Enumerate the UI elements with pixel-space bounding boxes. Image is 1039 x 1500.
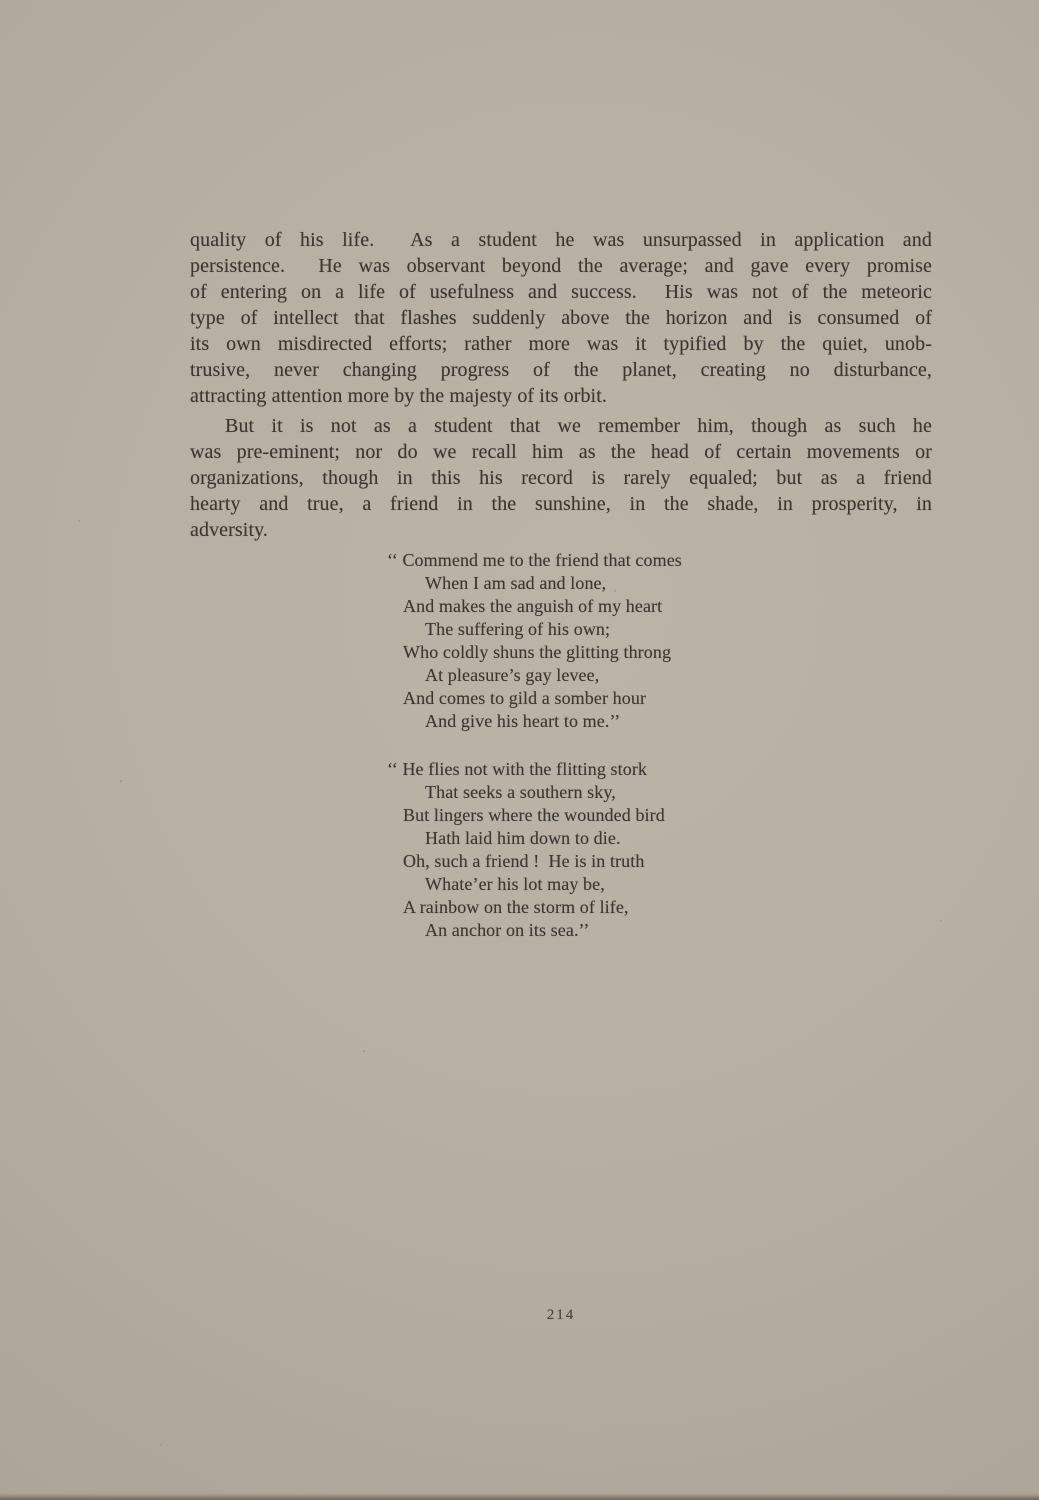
prose-line: quality of his life. As a student he was… — [190, 227, 932, 253]
prose-line: persistence. He was observant beyond the… — [190, 253, 932, 279]
prose-line: hearty and true, a friend in the sunshin… — [190, 491, 932, 517]
poem-verse-1: ‘‘ Commend me to the friend that comes W… — [403, 549, 932, 733]
poem-line: An anchor on its sea.’’ — [403, 919, 932, 942]
prose-line: type of intellect that flashes suddenly … — [190, 305, 932, 331]
poem-line: And makes the anguish of my heart — [403, 595, 932, 618]
poem-line: That seeks a southern sky, — [403, 781, 932, 804]
poem-line: And comes to gild a somber hour — [403, 687, 932, 710]
page-number: 214 — [190, 1306, 932, 1325]
scanned-book-page: quality of his life. As a student he was… — [0, 0, 1039, 1500]
poem-line: Whate’er his lot may be, — [403, 873, 932, 896]
poem-verse-2: ‘‘ He flies not with the flitting stork … — [403, 758, 932, 942]
prose-line: was pre-eminent; nor do we recall him as… — [190, 439, 932, 465]
poem-line: The suffering of his own; — [403, 618, 932, 641]
prose-line: trusive, never changing progress of the … — [190, 357, 932, 383]
poem-line: But lingers where the wounded bird — [403, 804, 932, 827]
paragraph-1: quality of his life. As a student he was… — [190, 227, 932, 409]
poem-line: A rainbow on the storm of life, — [403, 896, 932, 919]
prose-line: adversity. — [190, 517, 932, 543]
prose-line: organizations, though in this his record… — [190, 465, 932, 491]
poem-line: At pleasure’s gay levee, — [403, 664, 932, 687]
poem-line: When I am sad and lone, — [403, 572, 932, 595]
paragraph-2: But it is not as a student that we remem… — [190, 413, 932, 543]
poem-line: Hath laid him down to die. — [403, 827, 932, 850]
poem-line: ‘‘ Commend me to the friend that comes — [403, 549, 932, 572]
prose-line: of entering on a life of usefulness and … — [190, 279, 932, 305]
prose-line: its own misdirected efforts; rather more… — [190, 331, 932, 357]
prose-line: attracting attention more by the majesty… — [190, 383, 932, 409]
poem-line: ‘‘ He flies not with the flitting stork — [403, 758, 932, 781]
page-bottom-edge-shadow — [0, 1494, 1039, 1500]
poem-line: Who coldly shuns the glitting throng — [403, 641, 932, 664]
poem-line: Oh, such a friend ! He is in truth — [403, 850, 932, 873]
prose-line: But it is not as a student that we remem… — [190, 413, 932, 439]
paper-texture-specks — [120, 780, 122, 782]
poem-line: And give his heart to me.’’ — [403, 710, 932, 733]
text-block: quality of his life. As a student he was… — [190, 227, 932, 942]
